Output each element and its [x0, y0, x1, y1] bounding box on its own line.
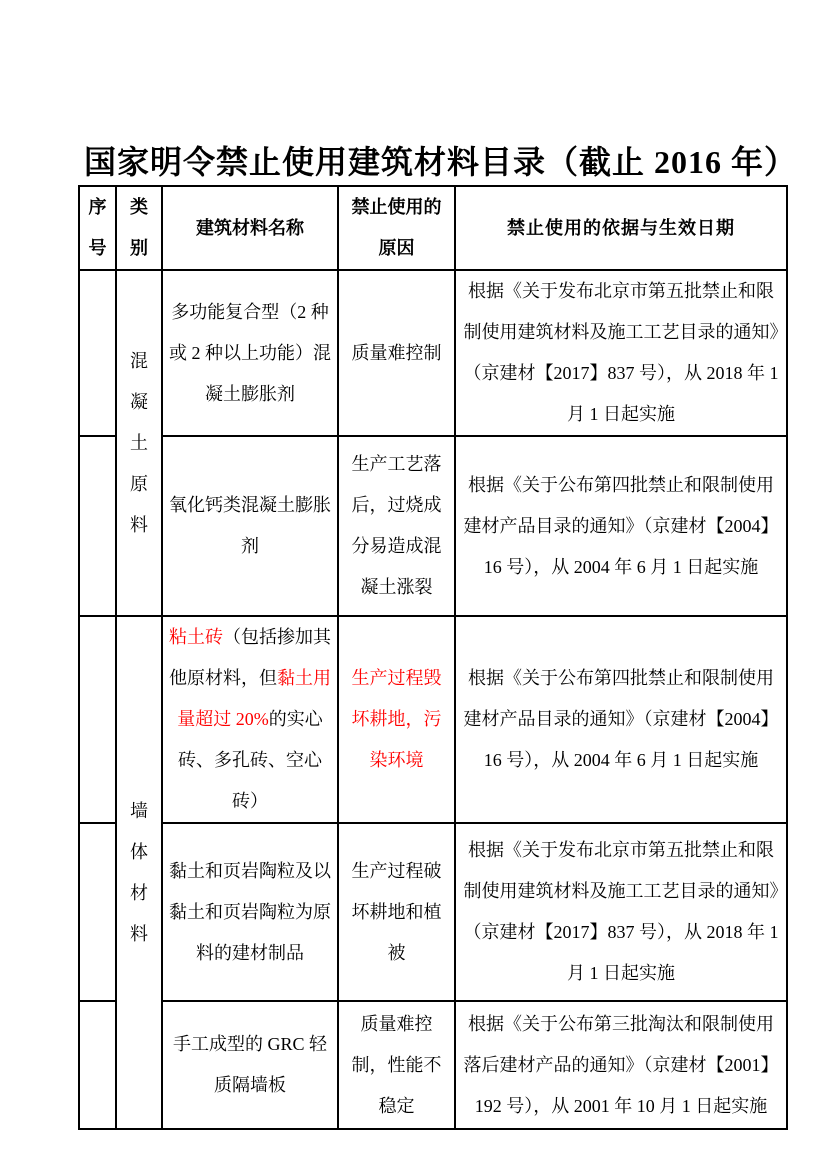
col-header-category: 类别	[116, 186, 162, 270]
basis-cell: 根据《关于公布第四批禁止和限制使用建材产品目录的通知》（京建材【2004】16 …	[455, 436, 787, 616]
reason-cell: 质量难控制	[338, 270, 455, 436]
reason-cell: 生产过程破坏耕地和植被	[338, 823, 455, 1001]
col-header-material-name: 建筑材料名称	[162, 186, 338, 270]
material-name-cell: 黏土和页岩陶粒及以黏土和页岩陶粒为原料的建材制品	[162, 823, 338, 1001]
col-header-index: 序号	[79, 186, 116, 270]
basis-cell: 根据《关于发布北京市第五批禁止和限制使用建筑材料及施工工艺目录的通知》（京建材【…	[455, 823, 787, 1001]
index-cell	[79, 616, 116, 823]
reason-cell: 生产工艺落后，过烧成分易造成混凝土涨裂	[338, 436, 455, 616]
reason-cell: 质量难控制，性能不稳定	[338, 1001, 455, 1129]
banned-materials-table: 序号 类别 建筑材料名称 禁止使用的原因 禁止使用的依据与生效日期 混 凝 土 …	[78, 185, 788, 1130]
text-segment: 粘土砖	[169, 627, 223, 647]
table-row: 墙 体 材 料 粘土砖（包括掺加其他原材料，但黏土用量超过 20%的实心砖、多孔…	[79, 616, 787, 823]
table-row: 氧化钙类混凝土膨胀剂 生产工艺落后，过烧成分易造成混凝土涨裂 根据《关于公布第四…	[79, 436, 787, 616]
material-name-cell: 粘土砖（包括掺加其他原材料，但黏土用量超过 20%的实心砖、多孔砖、空心砖）	[162, 616, 338, 823]
index-cell	[79, 436, 116, 616]
table-row: 手工成型的 GRC 轻质隔墙板 质量难控制，性能不稳定 根据《关于公布第三批淘汰…	[79, 1001, 787, 1129]
table-row: 混 凝 土 原 料 多功能复合型（2 种或 2 种以上功能）混凝土膨胀剂 质量难…	[79, 270, 787, 436]
col-header-reason: 禁止使用的原因	[338, 186, 455, 270]
reason-cell: 生产过程毁坏耕地，污染环境	[338, 616, 455, 823]
basis-cell: 根据《关于公布第三批淘汰和限制使用落后建材产品的通知》（京建材【2001】192…	[455, 1001, 787, 1129]
index-cell	[79, 1001, 116, 1129]
table-row: 黏土和页岩陶粒及以黏土和页岩陶粒为原料的建材制品 生产过程破坏耕地和植被 根据《…	[79, 823, 787, 1001]
material-name-cell: 多功能复合型（2 种或 2 种以上功能）混凝土膨胀剂	[162, 270, 338, 436]
material-name-cell: 氧化钙类混凝土膨胀剂	[162, 436, 338, 616]
document-page: 国家明令禁止使用建筑材料目录（截止 2016 年） 序号 类别 建筑材料名称 禁…	[0, 0, 826, 1169]
category-cell-wall-materials: 墙 体 材 料	[116, 616, 162, 1129]
index-cell	[79, 823, 116, 1001]
basis-cell: 根据《关于公布第四批禁止和限制使用建材产品目录的通知》（京建材【2004】16 …	[455, 616, 787, 823]
basis-cell: 根据《关于发布北京市第五批禁止和限制使用建筑材料及施工工艺目录的通知》（京建材【…	[455, 270, 787, 436]
page-title: 国家明令禁止使用建筑材料目录（截止 2016 年）	[84, 137, 797, 183]
text-segment: 生产过程毁坏耕地，污染环境	[352, 668, 442, 770]
material-name-cell: 手工成型的 GRC 轻质隔墙板	[162, 1001, 338, 1129]
table-header-row: 序号 类别 建筑材料名称 禁止使用的原因 禁止使用的依据与生效日期	[79, 186, 787, 270]
col-header-basis: 禁止使用的依据与生效日期	[455, 186, 787, 270]
category-cell-concrete-raw-materials: 混 凝 土 原 料	[116, 270, 162, 616]
index-cell	[79, 270, 116, 436]
